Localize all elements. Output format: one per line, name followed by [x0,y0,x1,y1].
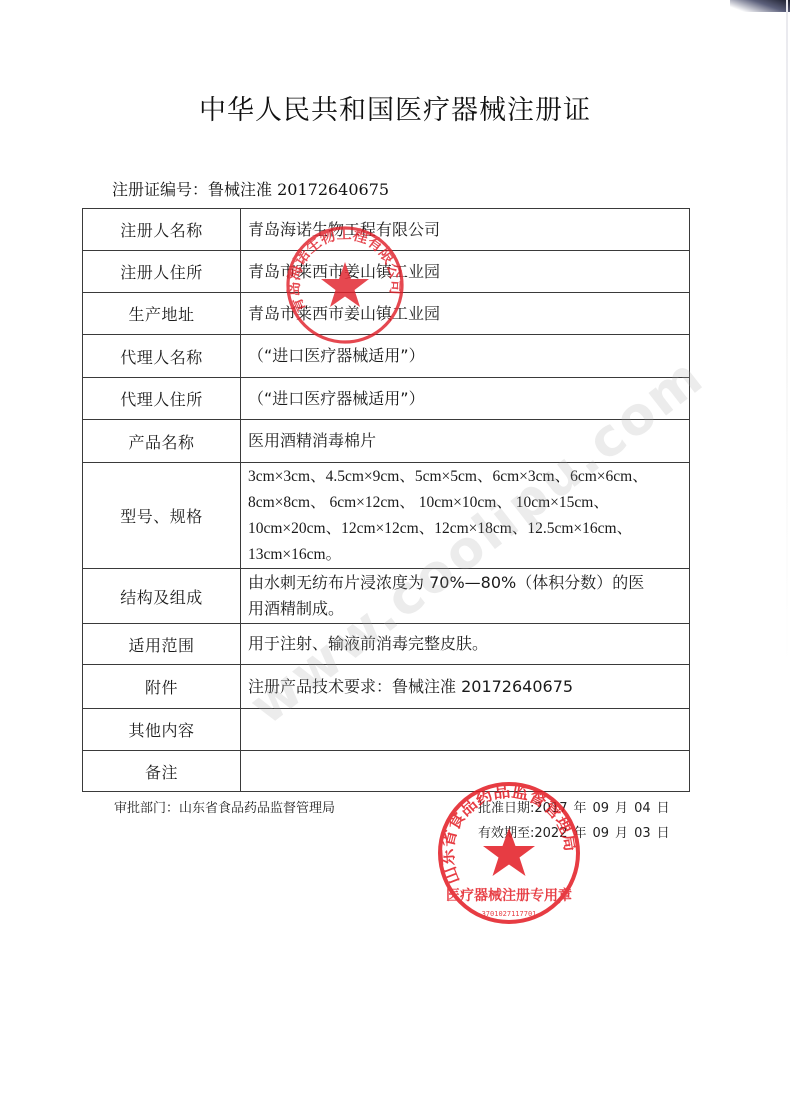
approval-department: 审批部门：山东省食品药品监督管理局 [114,797,335,816]
scan-artifact-corner [730,0,790,12]
document-title: 中华人民共和国医疗器械注册证 [0,88,790,127]
row-value [241,709,690,751]
cert-number-label: 注册证编号： [112,180,208,199]
row-value: 由水刺无纺布片浸浓度为 70%—80%（体积分数）的医 用酒精制成。 [241,569,690,624]
expiry-year: 2022 [534,826,567,841]
spec-line: 3cm×3cm、4.5cm×9cm、5cm×5cm、6cm×3cm、6cm×6c… [248,464,683,490]
row-label: 适用范围 [83,624,241,665]
cert-number: 注册证编号：鲁械注准 20172640675 [112,177,389,200]
year-unit: 年 [573,801,586,816]
table-row-registrant-name: 注册人名称 青岛海诺生物工程有限公司 [83,209,690,251]
authority-seal-code: 3701027117701 [482,910,537,918]
row-label: 代理人名称 [83,335,241,378]
day-unit: 日 [657,801,670,816]
month-unit: 月 [615,801,628,816]
scan-artifact-edge [786,0,788,1113]
row-label: 其他内容 [83,709,241,751]
table-row-model-spec: 型号、规格 3cm×3cm、4.5cm×9cm、5cm×5cm、6cm×3cm、… [83,463,690,569]
registration-table: 注册人名称 青岛海诺生物工程有限公司 注册人住所 青岛市莱西市姜山镇工业园 生产… [82,208,690,792]
cert-number-value: 鲁械注准 20172640675 [208,180,389,199]
table-row-registrant-address: 注册人住所 青岛市莱西市姜山镇工业园 [83,251,690,293]
table-row-agent-address: 代理人住所 （“进口医疗器械适用”） [83,378,690,420]
expiry-date: 有效期至:2022年09月03日 [478,822,670,841]
year-unit: 年 [573,826,586,841]
month-unit: 月 [615,826,628,841]
table-row-remarks: 备注 [83,751,690,792]
row-value [241,751,690,792]
row-value: （“进口医疗器械适用”） [241,335,690,378]
table-row-attachment: 附件 注册产品技术要求：鲁械注准 20172640675 [83,665,690,709]
row-value: （“进口医疗器械适用”） [241,378,690,420]
table-row-agent-name: 代理人名称 （“进口医疗器械适用”） [83,335,690,378]
row-value: 青岛海诺生物工程有限公司 [241,209,690,251]
approval-year: 2017 [534,801,567,816]
table-row-product-name: 产品名称 医用酒精消毒棉片 [83,420,690,463]
approval-date-label: 批准日期: [478,801,534,816]
spec-line: 10cm×20cm、12cm×12cm、12cm×18cm、12.5cm×16c… [248,516,683,542]
row-label: 代理人住所 [83,378,241,420]
row-value: 用于注射、输液前消毒完整皮肤。 [241,624,690,665]
row-label: 型号、规格 [83,463,241,569]
row-label: 注册人住所 [83,251,241,293]
row-label: 结构及组成 [83,569,241,624]
row-value: 青岛市莱西市姜山镇工业园 [241,293,690,335]
table-row-scope: 适用范围 用于注射、输液前消毒完整皮肤。 [83,624,690,665]
spec-line: 8cm×8cm、 6cm×12cm、 10cm×10cm、 10cm×15cm、 [248,490,683,516]
approval-day: 04 [634,801,651,816]
table-row-other: 其他内容 [83,709,690,751]
authority-seal-inner-text: 医疗器械注册专用章 [446,887,572,904]
expiry-month: 09 [593,826,610,841]
row-label: 附件 [83,665,241,709]
table-row-structure: 结构及组成 由水刺无纺布片浸浓度为 70%—80%（体积分数）的医 用酒精制成。 [83,569,690,624]
day-unit: 日 [657,826,670,841]
row-value: 青岛市莱西市姜山镇工业园 [241,251,690,293]
expiry-day: 03 [634,826,651,841]
row-label: 备注 [83,751,241,792]
row-value: 医用酒精消毒棉片 [241,420,690,463]
row-label: 注册人名称 [83,209,241,251]
row-value: 3cm×3cm、4.5cm×9cm、5cm×5cm、6cm×3cm、6cm×6c… [241,463,690,569]
approval-date: 批准日期:2017年09月04日 [478,797,670,816]
approval-month: 09 [593,801,610,816]
row-value: 注册产品技术要求：鲁械注准 20172640675 [241,665,690,709]
row-label: 生产地址 [83,293,241,335]
structure-line: 用酒精制成。 [248,596,683,622]
expiry-date-label: 有效期至: [478,826,534,841]
table-row-production-address: 生产地址 青岛市莱西市姜山镇工业园 [83,293,690,335]
spec-line: 13cm×16cm。 [248,542,683,568]
structure-line: 由水刺无纺布片浸浓度为 70%—80%（体积分数）的医 [248,570,683,596]
row-label: 产品名称 [83,420,241,463]
